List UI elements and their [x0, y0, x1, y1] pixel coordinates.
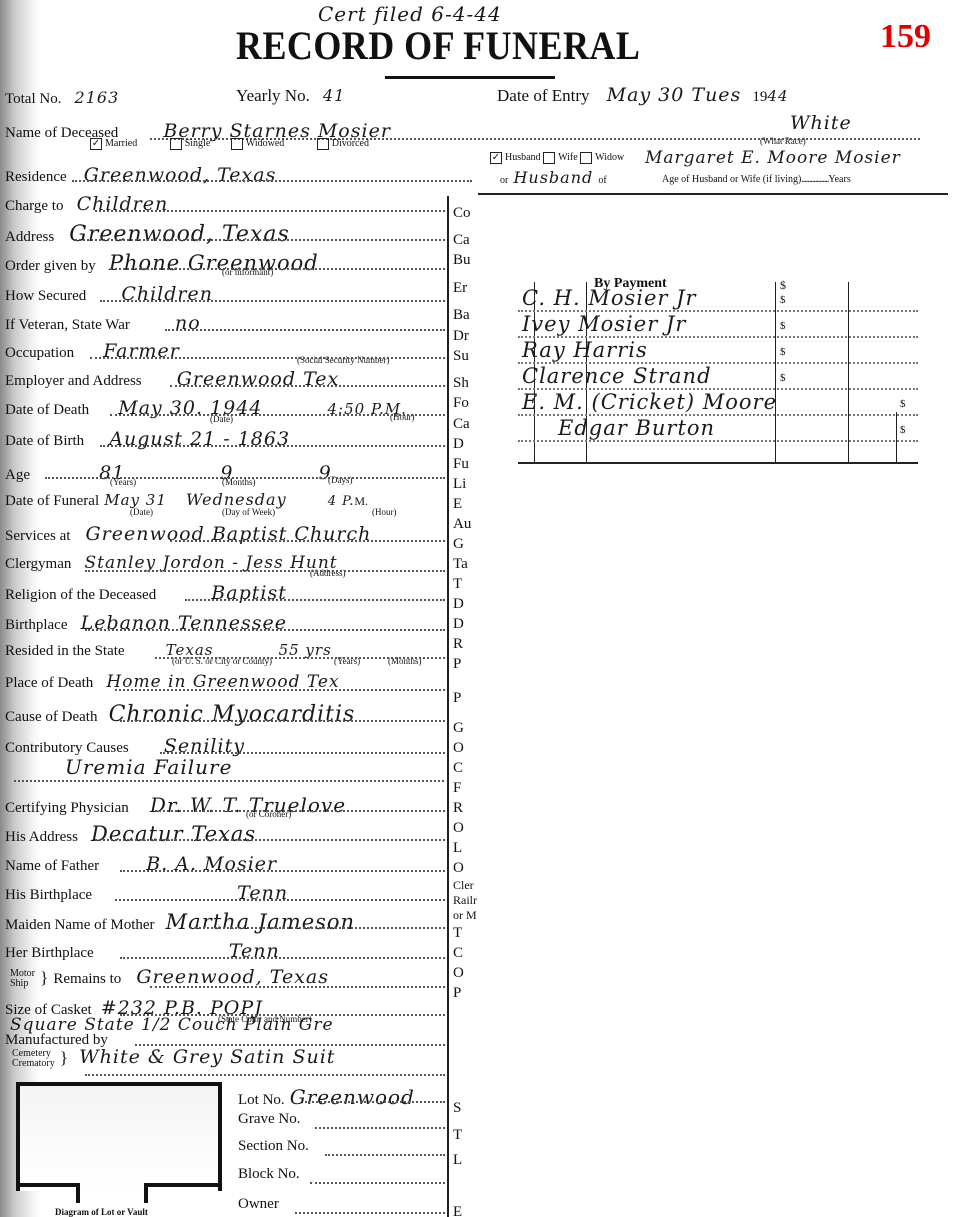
title-underline — [385, 76, 555, 79]
truncated-column-label: T — [453, 576, 462, 593]
wife-checkbox[interactable]: Wife — [543, 152, 578, 163]
truncated-column-label: or M — [453, 908, 477, 923]
spouse-of-value: Husband — [513, 168, 593, 187]
truncated-column-label: O — [453, 860, 464, 877]
payer-row: Clarence Strand$ — [518, 362, 918, 390]
funeral-hour-value: 4 P. — [328, 494, 355, 509]
payer-amount-currency: $ — [780, 346, 786, 358]
truncated-column-label: G — [453, 536, 464, 553]
truncated-column-label: O — [453, 820, 464, 837]
field-occupation: Occupation Farmer — [5, 340, 180, 368]
payer-amount-currency: $ — [780, 294, 786, 306]
spouse-age-unit: Years — [828, 174, 850, 185]
residence-dotted-line — [72, 180, 472, 182]
dotted-line — [85, 570, 445, 572]
truncated-column-label: S — [453, 1100, 461, 1117]
dotted-line — [150, 986, 445, 988]
payment-list: By Payment $ C. H. Mosier Jr$Ivey Mosier… — [518, 282, 918, 464]
dotted-line — [155, 810, 445, 812]
total-no-label: Total No. — [5, 91, 61, 107]
truncated-column-label: C — [453, 945, 463, 962]
dotted-line — [115, 899, 445, 901]
field-his-birthplace: His Birthplace Tenn — [5, 882, 288, 910]
truncated-column-label: P — [453, 656, 461, 673]
lot-no-value: Greenwood — [290, 1085, 415, 1109]
dotted-line — [135, 1044, 445, 1046]
field-her-birthplace: Her Birthplace Tenn — [5, 940, 280, 968]
diagram-base-left — [16, 1183, 78, 1187]
payer-row: E. M. (Cricket) Moore$ — [518, 388, 918, 416]
truncated-column-label: D — [453, 436, 464, 453]
truncated-column-label: T — [453, 1127, 462, 1144]
field-cause-of-death: Cause of Death Chronic Myocarditis — [5, 702, 355, 730]
divorced-checkbox[interactable]: Divorced — [317, 138, 369, 149]
truncated-column-label: Fo — [453, 395, 469, 412]
payer-amount-currency: $ — [900, 424, 906, 436]
dotted-line — [120, 957, 445, 959]
diagram-base-right — [144, 1183, 218, 1187]
single-checkbox[interactable]: Single — [170, 138, 211, 149]
dotted-line — [95, 210, 445, 212]
dotted-line — [305, 1101, 445, 1103]
block-no-label: Block No. — [238, 1166, 300, 1183]
truncated-column-label: Ca — [453, 232, 470, 249]
truncated-column-label: L — [453, 1152, 462, 1169]
field-date-of-death: Date of Death May 30. 1944 4:50 P.M. — [5, 397, 407, 425]
dotted-line — [315, 1127, 445, 1129]
mother-value: Martha Jameson — [166, 910, 355, 934]
cemetery-value: White & Grey Satin Suit — [79, 1046, 335, 1068]
spouse-age-field: Age of Husband or Wife (if living)......… — [662, 174, 851, 185]
field-name-of-father: Name of Father B. A. Mosier — [5, 853, 277, 881]
truncated-column-label: E — [453, 1204, 462, 1217]
residence-label: Residence — [5, 169, 67, 185]
truncated-column-label: Fu — [453, 456, 469, 473]
payer-name: C. H. Mosier Jr — [522, 286, 697, 310]
field-veteran: If Veteran, State War no — [5, 312, 201, 340]
truncated-column-label: R — [453, 800, 463, 817]
truncated-column-label: T — [453, 925, 462, 942]
truncated-column-label: Sh — [453, 375, 469, 392]
married-checkbox[interactable]: ✓Married — [90, 138, 137, 149]
dotted-line — [160, 752, 445, 754]
date-of-entry-year: 44 — [767, 87, 788, 105]
dotted-line — [310, 1182, 445, 1184]
payer-row: Ivey Mosier Jr$ — [518, 310, 918, 338]
field-age: Age 81 9 9 — [5, 462, 332, 490]
spouse-bottom-rule — [478, 193, 948, 195]
dotted-line — [110, 268, 445, 270]
truncated-column-label: Ba — [453, 307, 470, 324]
page-number: 159 — [880, 18, 931, 56]
truncated-column-label: D — [453, 596, 464, 613]
date-of-entry-field: Date of Entry May 30 Tues 1944 — [497, 84, 789, 106]
contributory-dotted-line — [14, 780, 444, 782]
diagram-gate-right — [144, 1183, 148, 1203]
yearly-no-value: 41 — [323, 86, 345, 105]
dotted-line — [100, 445, 445, 447]
truncated-column-label: Co — [453, 205, 471, 222]
form-column-divider — [447, 196, 449, 1217]
truncated-column-label: G — [453, 720, 464, 737]
truncated-column-label: R — [453, 636, 463, 653]
payer-name: Ivey Mosier Jr — [522, 312, 686, 336]
dotted-line — [45, 477, 445, 479]
truncated-column-label: Li — [453, 476, 466, 493]
payer-row: C. H. Mosier Jr$ — [518, 284, 918, 312]
lot-diagram-box — [16, 1082, 222, 1191]
field-clergyman: Clergyman Stanley Jordon - Jess Hunt — [5, 553, 338, 581]
truncated-column-label: Ca — [453, 416, 470, 433]
spouse-type-group: ✓Husband Wife Widow — [490, 152, 624, 164]
truncated-column-label: Au — [453, 516, 471, 533]
payer-name: Edgar Burton — [558, 416, 715, 440]
truncated-column-label: O — [453, 740, 464, 757]
dotted-line — [170, 540, 445, 542]
section-no-label: Section No. — [238, 1138, 309, 1155]
truncated-column-label: Su — [453, 348, 469, 365]
husband-checkbox[interactable]: ✓Husband — [490, 152, 541, 163]
truncated-column-label: Bu — [453, 252, 471, 269]
yearly-no-label: Yearly No. — [236, 86, 310, 105]
funeral-date-sublabel: (Date) — [130, 507, 153, 517]
field-cemetery: Cemetery Crematory } White & Grey Satin … — [12, 1046, 335, 1069]
dotted-line — [120, 720, 445, 722]
truncated-column-label: F — [453, 780, 461, 797]
field-place-of-death: Place of Death Home in Greenwood Tex — [5, 672, 340, 700]
truncated-column-label: O — [453, 965, 464, 982]
payer-name: Clarence Strand — [522, 364, 712, 388]
order-given-by-value: Phone Greenwood — [109, 251, 319, 275]
dotted-line — [165, 329, 445, 331]
widow-checkbox[interactable]: Widow — [580, 152, 624, 163]
dotted-line — [120, 1014, 445, 1016]
date-of-entry-value: May 30 Tues — [607, 84, 742, 106]
date-of-entry-label: Date of Entry — [497, 86, 590, 105]
payer-row: Edgar Burton$ — [518, 414, 918, 442]
payment-bottom-rule — [518, 462, 918, 464]
field-birthplace: Birthplace Lebanon Tennessee — [5, 612, 287, 640]
funeral-hour-sublabel: (Hour) — [372, 507, 397, 517]
cause-of-death-value: Chronic Myocarditis — [109, 702, 356, 727]
yearly-no-field: Yearly No. 41 — [236, 86, 345, 106]
truncated-column-label: C — [453, 760, 463, 777]
truncated-column-label: E — [453, 496, 462, 513]
truncated-column-label: L — [453, 840, 462, 857]
date-of-entry-year-prefix: 19 — [752, 89, 767, 105]
marital-status-group: ✓Married Single Widowed Divorced — [90, 138, 369, 150]
truncated-column-label: Railr — [453, 893, 477, 908]
payer-name: E. M. (Cricket) Moore — [522, 390, 777, 414]
widowed-checkbox[interactable]: Widowed — [231, 138, 284, 149]
truncated-column-label: Dr — [453, 328, 469, 345]
field-date-of-funeral: Date of Funeral May 31 Wednesday 4 P.M. — [5, 490, 368, 518]
funeral-day-sublabel: (Day of Week) — [222, 507, 275, 517]
dotted-line — [325, 1154, 445, 1156]
dotted-line — [85, 629, 445, 631]
dotted-line — [75, 239, 445, 241]
field-resided-in-state: Resided in the State Texas 55 yrs — [5, 640, 332, 668]
page-title: RECORD OF FUNERAL — [236, 22, 640, 69]
spouse-name-value: Margaret E. Moore Mosier — [645, 148, 901, 168]
spouse-age-label: Age of Husband or Wife (if living) — [662, 174, 801, 185]
truncated-column-label: Cler — [453, 878, 474, 893]
field-his-address: His Address Decatur Texas — [5, 822, 256, 850]
truncated-column-label: P — [453, 985, 461, 1002]
residence-value: Greenwood, Texas — [84, 164, 277, 186]
dotted-line — [100, 300, 445, 302]
field-certifying-physician: Certifying Physician Dr. W. T. Truelove — [5, 793, 346, 821]
payer-amount-currency: $ — [780, 320, 786, 332]
dotted-line — [190, 927, 445, 929]
payer-name: Ray Harris — [522, 338, 648, 362]
contributory-causes-value-line2: Uremia Failure — [65, 755, 232, 779]
owner-label: Owner — [238, 1196, 279, 1213]
dotted-line — [170, 385, 445, 387]
dotted-line — [185, 599, 445, 601]
race-value: White — [790, 112, 852, 134]
field-religion: Religion of the Deceased Baptist — [5, 582, 287, 610]
field-mother-maiden-name: Maiden Name of Mother Martha Jameson — [5, 910, 355, 938]
total-no-field: Total No. 2163 — [5, 88, 119, 108]
field-charge-to: Charge to Children — [5, 193, 168, 221]
his-address-value: Decatur Texas — [91, 822, 256, 846]
truncated-column-label: Er — [453, 280, 467, 297]
dotted-line — [95, 839, 445, 841]
dotted-line — [115, 689, 445, 691]
dotted-line — [295, 1212, 445, 1214]
remains-to-value: Greenwood, Texas — [136, 966, 329, 988]
payer-amount-currency: $ — [780, 372, 786, 384]
spouse-of-field: or Husband of — [500, 168, 607, 187]
dotted-line — [120, 870, 445, 872]
diagram-label: Diagram of Lot or Vault — [55, 1207, 148, 1217]
truncated-column-label: P — [453, 690, 461, 707]
dotted-line — [110, 414, 445, 416]
dotted-line — [90, 357, 445, 359]
dotted-line — [155, 657, 445, 659]
field-employer: Employer and Address Greenwood Tex — [5, 368, 339, 396]
truncated-column-label: Ta — [453, 556, 468, 573]
dotted-line — [85, 1074, 445, 1076]
diagram-gate-left — [76, 1183, 80, 1203]
payer-amount-currency: $ — [900, 398, 906, 410]
payer-row: Ray Harris$ — [518, 336, 918, 364]
field-how-secured: How Secured Children — [5, 283, 213, 311]
field-services-at: Services at Greenwood Baptist Church — [5, 523, 371, 551]
lot-no-field: Lot No. Greenwood — [238, 1085, 415, 1109]
address-value: Greenwood, Texas — [69, 222, 290, 247]
grave-no-label: Grave No. — [238, 1111, 300, 1128]
total-no-value: 2163 — [75, 88, 120, 107]
residence-field: Residence Greenwood, Texas — [5, 164, 276, 186]
truncated-column-label: D — [453, 616, 464, 633]
field-address: Address Greenwood, Texas — [5, 222, 290, 250]
field-date-of-birth: Date of Birth August 21 - 1863 — [5, 428, 290, 456]
